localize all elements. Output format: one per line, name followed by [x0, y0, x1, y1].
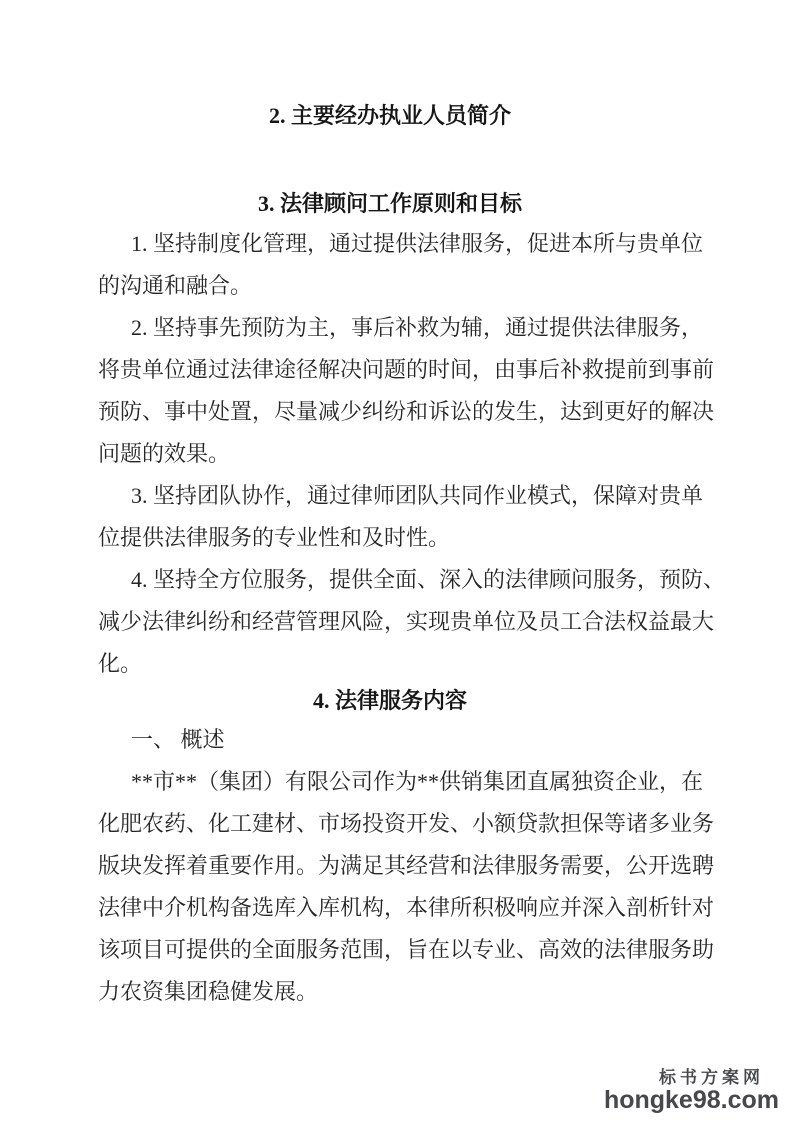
principle-paragraph-2: 2. 坚持事先预防为主，事后补救为辅，通过提供法律服务， 将贵单位通过法律途径解… [98, 307, 682, 475]
overview-paragraph: **市**（集团）有限公司作为**供销集团直属独资企业，在 化肥农药、化工建材、… [98, 761, 682, 1013]
watermark: 标书方案网 hongke98.com [604, 1069, 779, 1114]
paragraph-line: 减少法律纠纷和经营管理风险，实现贵单位及员工合法权益最大 [98, 601, 682, 643]
heading-legal-services: 4. 法律服务内容 [98, 687, 682, 715]
paragraph-line: 4. 坚持全方位服务，提供全面、深入的法律顾问服务，预防、 [98, 559, 682, 601]
paragraph-line: 化。 [98, 643, 682, 685]
principle-paragraph-3: 3. 坚持团队协作，通过律师团队共同作业模式，保障对贵单 位提供法律服务的专业性… [98, 475, 682, 559]
paragraph-line: 问题的效果。 [98, 433, 682, 475]
paragraph-line: 位提供法律服务的专业性和及时性。 [98, 517, 682, 559]
heading-work-principles: 3. 法律顾问工作原则和目标 [98, 190, 682, 218]
paragraph-line: 的沟通和融合。 [98, 265, 682, 307]
paragraph-line: 法律中介机构备选库入库机构，本律所积极响应并深入剖析针对 [98, 887, 682, 929]
paragraph-line: 1. 坚持制度化管理，通过提供法律服务，促进本所与贵单位 [98, 223, 682, 265]
paragraph-line: **市**（集团）有限公司作为**供销集团直属独资企业，在 [98, 761, 682, 803]
heading-personnel-intro: 2. 主要经办执业人员简介 [98, 102, 682, 130]
document-body: 2. 主要经办执业人员简介 3. 法律顾问工作原则和目标 1. 坚持制度化管理，… [98, 0, 682, 1013]
principle-paragraph-4: 4. 坚持全方位服务，提供全面、深入的法律顾问服务，预防、 减少法律纠纷和经营管… [98, 559, 682, 685]
watermark-site-url: hongke98.com [604, 1087, 779, 1114]
paragraph-line: 将贵单位通过法律途径解决问题的时间，由事后补救提前到事前 [98, 349, 682, 391]
watermark-site-name: 标书方案网 [604, 1069, 764, 1087]
paragraph-line: 该项目可提供的全面服务范围，旨在以专业、高效的法律服务助 [98, 929, 682, 971]
overview-subheading: 一、 概述 [98, 719, 682, 761]
paragraph-line: 版块发挥着重要作用。为满足其经营和法律服务需要，公开选聘 [98, 845, 682, 887]
paragraph-line: 3. 坚持团队协作，通过律师团队共同作业模式，保障对贵单 [98, 475, 682, 517]
paragraph-line: 化肥农药、化工建材、市场投资开发、小额贷款担保等诸多业务 [98, 803, 682, 845]
paragraph-line: 预防、事中处置，尽量减少纠纷和诉讼的发生，达到更好的解决 [98, 391, 682, 433]
paragraph-line: 力农资集团稳健发展。 [98, 971, 682, 1013]
principle-paragraph-1: 1. 坚持制度化管理，通过提供法律服务，促进本所与贵单位 的沟通和融合。 [98, 223, 682, 307]
document-page: 2. 主要经办执业人员简介 3. 法律顾问工作原则和目标 1. 坚持制度化管理，… [0, 0, 793, 1122]
paragraph-line: 2. 坚持事先预防为主，事后补救为辅，通过提供法律服务， [98, 307, 682, 349]
principles-section: 1. 坚持制度化管理，通过提供法律服务，促进本所与贵单位 的沟通和融合。 2. … [98, 223, 682, 685]
